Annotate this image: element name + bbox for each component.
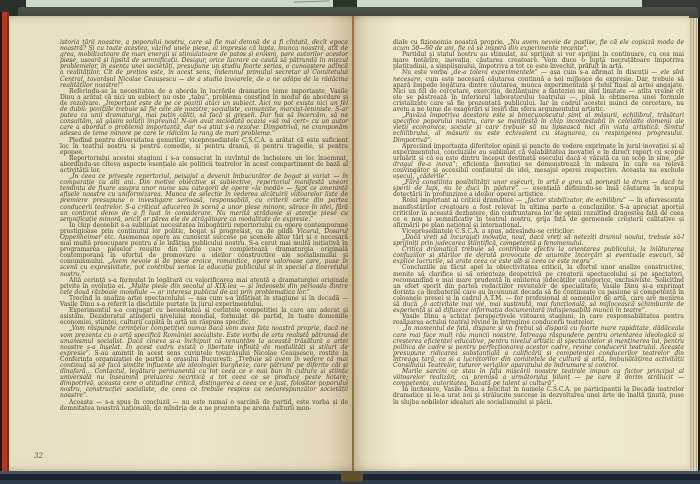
text-run: Aceasta — s-a spus în concluzii — nu est… <box>60 399 348 412</box>
paragraph: Referindu-se la necesitatea de a aborda … <box>60 89 348 138</box>
paragraph: „În momentul de față, dispare și va treb… <box>393 326 684 369</box>
text-run: Pledînd pentru diversitatea genurilor, v… <box>60 137 348 156</box>
paragraph: Rolul important al criticii dramatice — … <box>393 198 684 228</box>
paragraph: Aceasta — s-a spus în concluzii — nu est… <box>60 400 348 412</box>
paragraph: „Vom răspunde cerințelor competiției num… <box>60 326 348 399</box>
italic-text-run: Critica dramatică trebuie să contribuie … <box>393 246 684 265</box>
italic-text-run: „În ceea ce privește repertoriul, peisaj… <box>60 173 348 223</box>
paragraph: Marile sarcini ce stau în fața mișcării … <box>393 369 684 387</box>
italic-text-run: istoria țării noastre, a poporului nostr… <box>60 39 348 89</box>
right-page: diale cu fizionomia noastră proprie. „Nu… <box>354 16 689 472</box>
paragraph: Repertoriului acestei stagiuni i s-a con… <box>60 156 348 174</box>
italic-text-run: „Pavăză împotriva acestora este și binec… <box>393 112 684 143</box>
paragraph: Concluziile au făcut apel la obiectivita… <box>393 265 684 314</box>
right-page-text: diale cu fizionomia noastră proprie. „Nu… <box>393 40 684 406</box>
open-book-scan: istoria țării noastre, a poporului nostr… <box>0 0 700 484</box>
text-run: Repertoriului acestei stagiuni i s-a con… <box>60 155 348 174</box>
paragraph: Nu este vorba „de-a tolera experimentele… <box>393 70 684 113</box>
text-run: Trecînd la analiza artei spectacolului —… <box>60 295 348 308</box>
paragraph: istoria țării noastre, a poporului nostr… <box>60 40 348 89</box>
paragraph: În chip deosebit s-a subliniat necesitat… <box>60 223 348 278</box>
italic-text-run: „Trebuie să avem în vedere că mai contin… <box>60 356 348 400</box>
italic-text-run: „Dacă vreți să încurajați inovația, noul… <box>393 234 684 247</box>
paragraph: „Fără conștiința posibilității unor eșec… <box>393 180 684 198</box>
text-run: Partidul și statul nostru au stimulat, a… <box>393 51 684 70</box>
text-run: Apreciind importanța diferitelor opinii … <box>393 143 684 162</box>
left-page: istoria țării noastre, a poporului nostr… <box>9 16 354 472</box>
paragraph: Altă cerință s-a formulat în legătură cu… <box>60 278 348 296</box>
paragraph: Apreciind importanța diferitelor opinii … <box>393 144 684 181</box>
italic-text-run: „În momentul de față, dispare și va treb… <box>393 325 684 369</box>
page-stack-edges <box>689 18 700 472</box>
italic-text-run: „o activitate mai vie, mai susținută, ma… <box>393 301 684 314</box>
book-red-endpaper-edge <box>0 12 9 478</box>
paragraph: Pledînd pentru diversitatea genurilor, v… <box>60 138 348 156</box>
paragraph: Experimentul s-a conjugat cu necesitatea… <box>60 308 348 326</box>
italic-text-run: „Important este de pe ce poziții ataci u… <box>60 100 348 137</box>
paragraph: Partidul și statul nostru au stimulat, a… <box>393 52 684 70</box>
page-number: 32 <box>34 452 43 460</box>
text-run: Experimentul s-a conjugat cu necesitatea… <box>60 307 348 326</box>
paragraph: „În ceea ce privește repertoriul, peisaj… <box>60 174 348 223</box>
book-gutter <box>352 16 354 472</box>
italic-text-run: Marile sarcini ce stau în fața mișcării … <box>393 368 684 387</box>
text-run: În încheiere, Vasile Dinu a felicitat în… <box>393 386 684 405</box>
spine-bottom <box>341 472 363 482</box>
paragraph: „Pavăză împotriva acestora este și binec… <box>393 113 684 143</box>
text-run: , cum este necesară căutarea continuă a … <box>393 76 684 113</box>
paragraph: În încheiere, Vasile Dinu a felicitat în… <box>393 387 684 405</box>
paragraph: Critica dramatică trebuie să contribuie … <box>393 247 684 265</box>
left-page-text: istoria țării noastre, a poporului nostr… <box>60 40 348 412</box>
